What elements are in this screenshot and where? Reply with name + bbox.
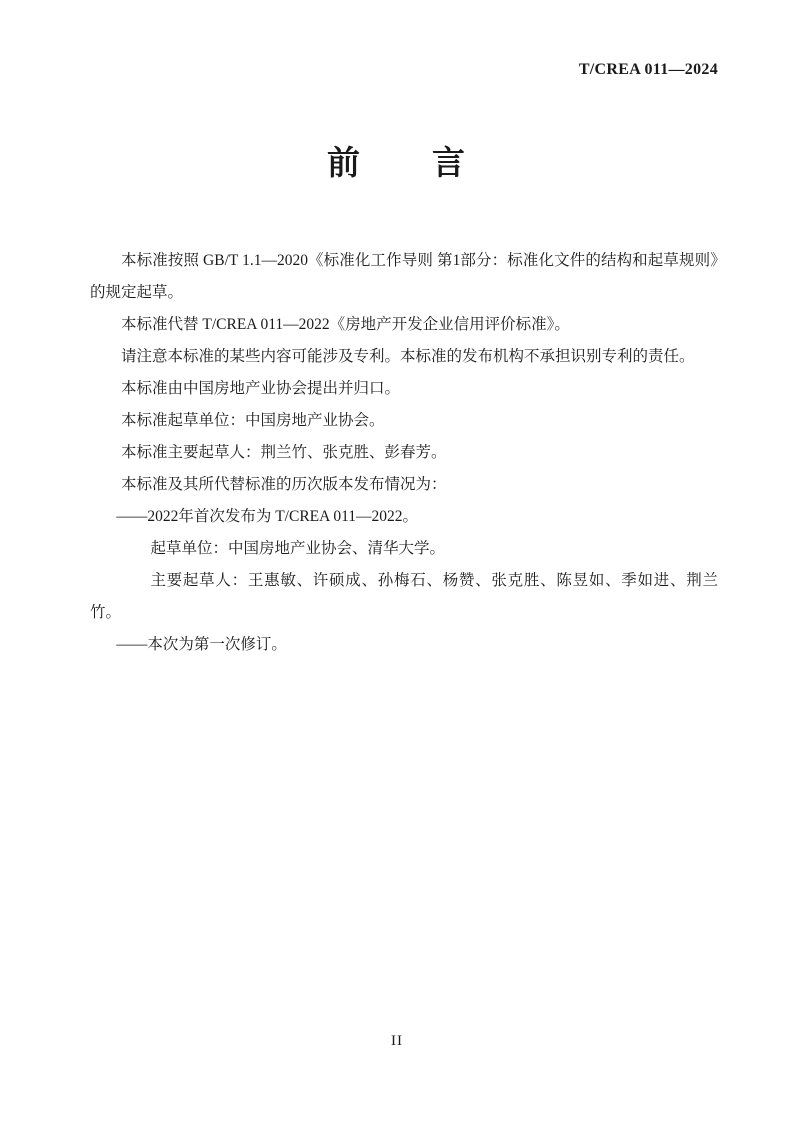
paragraph: 本标准按照 GB/T 1.1—2020《标准化工作导则 第1部分：标准化文件的结… <box>90 245 718 309</box>
page-number: II <box>0 1033 794 1050</box>
paragraph: 请注意本标准的某些内容可能涉及专利。本标准的发布机构不承担识别专利的责任。 <box>90 341 718 373</box>
paragraph: ——2022年首次发布为 T/CREA 011—2022。 <box>90 501 718 533</box>
paragraph: 主要起草人：王惠敏、许硕成、孙梅石、杨赞、张克胜、陈昱如、季如进、荆兰竹。 <box>90 565 718 629</box>
paragraph: 起草单位：中国房地产业协会、清华大学。 <box>90 533 718 565</box>
paragraph: 本标准主要起草人：荆兰竹、张克胜、彭春芳。 <box>90 437 718 469</box>
paragraph: 本标准代替 T/CREA 011—2022《房地产开发企业信用评价标准》。 <box>90 309 718 341</box>
paragraph: ——本次为第一次修订。 <box>90 629 718 661</box>
paragraph: 本标准起草单位：中国房地产业协会。 <box>90 405 718 437</box>
document-page: T/CREA 011—2024 前 言 本标准按照 GB/T 1.1—2020《… <box>0 0 794 1123</box>
standard-code: T/CREA 011—2024 <box>579 61 718 79</box>
paragraph: 本标准由中国房地产业协会提出并归口。 <box>90 373 718 405</box>
page-title: 前 言 <box>0 137 794 184</box>
paragraph: 本标准及其所代替标准的历次版本发布情况为： <box>90 469 718 501</box>
foreword-body: 本标准按照 GB/T 1.1—2020《标准化工作导则 第1部分：标准化文件的结… <box>90 245 718 661</box>
